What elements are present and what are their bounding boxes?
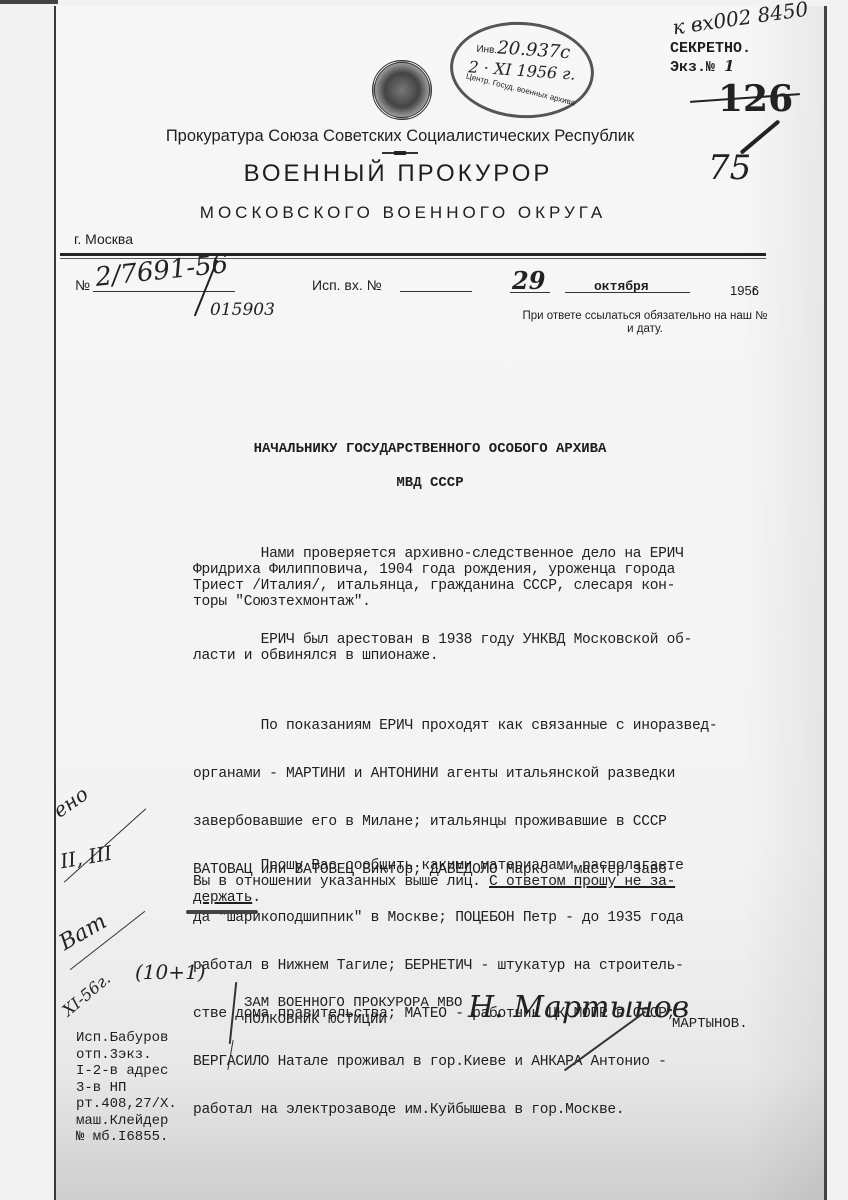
letterhead-city: г. Москва — [74, 231, 133, 247]
incoming-number-line — [400, 291, 472, 292]
paragraph-3-line: органами - МАРТИНИ и АНТОНИНИ агенты ита… — [193, 766, 813, 782]
addressee-line1: НАЧАЛЬНИКУ ГОСУДАРСТВЕННОГО ОСОБОГО АРХИ… — [0, 441, 848, 457]
signatory-name: МАРТЫНОВ. — [672, 1016, 748, 1032]
copy-number: Экз.№ 1 — [670, 57, 734, 76]
body-paragraph-3: По показаниям ЕРИЧ проходят как связанны… — [193, 686, 813, 1134]
copy-number-value: 1 — [724, 57, 734, 75]
paragraph-4-end: . — [252, 890, 260, 906]
body-paragraph-1: Нами проверяется архивно-следственное де… — [193, 546, 813, 610]
ussr-emblem-icon — [372, 60, 432, 120]
executor-notes: Исп.Бабуров отп.3экз. I-2-в адрес 3-в НП… — [76, 1030, 177, 1146]
stamp-inventory-label: Инв. — [476, 44, 498, 56]
date-suffix: г. — [752, 283, 759, 298]
date-day: 29 — [512, 266, 545, 295]
paragraph-3-line: По показаниям ЕРИЧ проходят как связанны… — [193, 718, 813, 734]
handwritten-signature: Н. Мартынов — [468, 990, 689, 1025]
margin-line — [55, 780, 56, 1040]
incoming-number-label: Исп. вх. № — [312, 277, 382, 293]
body-paragraph-4: Прошу Вас сообщить какими материалами ра… — [193, 858, 813, 906]
margin-note: (10+1) — [135, 960, 206, 984]
outgoing-number-line — [93, 291, 235, 292]
date-month: октября — [594, 279, 649, 294]
paragraph-3-line: работал в Нижнем Тагиле; БЕРНЕТИЧ - штук… — [193, 958, 813, 974]
copy-number-label: Экз.№ — [670, 59, 715, 76]
outgoing-number-sub: 015903 — [210, 300, 275, 320]
emphasis-mark — [186, 910, 258, 914]
signature-title: ЗАМ ВОЕННОГО ПРОКУРОРА МВОПОЛКОВНИК ЮСТИ… — [244, 995, 462, 1029]
paragraph-3-line: завербовавшие его в Милане; итальянцы пр… — [193, 814, 813, 830]
binding-mark — [0, 0, 58, 4]
secrecy-label: СЕКРЕТНО. — [670, 40, 751, 57]
body-paragraph-2: ЕРИЧ был арестован в 1938 году УНКВД Мос… — [193, 632, 813, 664]
letterhead-subtitle: МОСКОВСКОГО ВОЕННОГО ОКРУГА — [0, 203, 806, 223]
letterhead-divider — [382, 152, 418, 154]
paragraph-3-line: ВЕРГАСИЛО Натале проживал в гор.Киеве и … — [193, 1054, 813, 1070]
letterhead-title: ВОЕННЫЙ ПРОКУРОР — [0, 160, 796, 188]
paragraph-3-line: да "Шарикоподшипник" в Москве; ПОЦЕБОН П… — [193, 910, 813, 926]
handwritten-number: 126 — [718, 78, 793, 120]
signature-title-line1: ЗАМ ВОЕННОГО ПРОКУРОРА МВО — [244, 995, 462, 1012]
reply-note: При ответе ссылаться обязательно на наш … — [520, 310, 770, 336]
addressee-line2: МВД СССР — [0, 475, 848, 491]
paragraph-3-line: работал на электрозаводе им.Куйбышева в … — [193, 1102, 813, 1118]
letterhead-line1: Прокуратура Союза Советских Социалистиче… — [0, 127, 800, 146]
signature-title-line2: ПОЛКОВНИК ЮСТИЦИИ — [244, 1012, 462, 1029]
outgoing-number-label: № — [75, 277, 90, 293]
